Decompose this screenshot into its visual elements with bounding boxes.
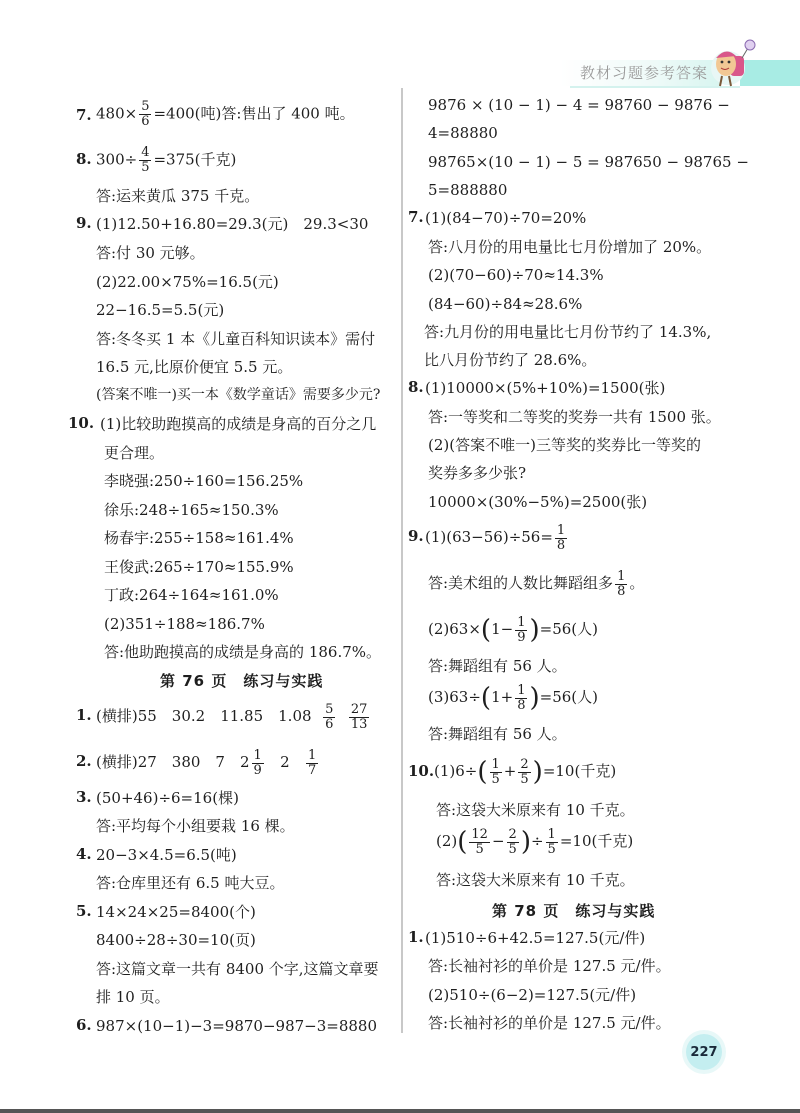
- text-line: (答案不唯一)买一本《数学童话》需要多少元?: [96, 385, 380, 405]
- text-line: (84−60)÷84≈28.6%: [428, 294, 582, 314]
- question-number: 9.: [76, 214, 92, 232]
- question-number: 1.: [408, 928, 424, 946]
- text-line: 8400÷28÷30=10(页): [96, 930, 256, 950]
- text-line: 排 10 页。: [96, 987, 170, 1007]
- fraction: 19: [252, 749, 264, 778]
- text-line: 比八月份节约了 28.6%。: [424, 350, 596, 370]
- q7-equation: 480×56=400(吨)答:售出了 400 吨。: [96, 100, 355, 129]
- text-line: 答:舞蹈组有 56 人。: [428, 724, 567, 744]
- text-line: 20−3×4.5=6.5(吨): [96, 845, 237, 865]
- text-line: (2)(答案不唯一)三等奖的奖券比一等奖的: [428, 435, 701, 455]
- text-line: 答:这袋大米原来有 10 千克。: [436, 800, 635, 820]
- q10-line-3: (2)(125−25)÷15=10(千克): [436, 824, 633, 858]
- text-line: 22−16.5=5.5(元): [96, 300, 224, 320]
- text-line: (2)22.00×75%=16.5(元): [96, 272, 279, 292]
- question-number: 8.: [76, 150, 92, 168]
- fraction: 18: [515, 684, 527, 713]
- fraction: 25: [507, 828, 519, 857]
- page-number-badge: 227: [686, 1034, 722, 1070]
- q9-line-1: (1)(63−56)÷56=18: [425, 520, 569, 554]
- text-line: 答:付 30 元够。: [96, 243, 205, 263]
- fraction: 56: [323, 703, 335, 732]
- q9-line-3: (2)63×(1−19)=56(人): [428, 612, 598, 646]
- text-line: (1)510÷6+42.5=127.5(元/件): [425, 928, 645, 948]
- question-number: 8.: [408, 378, 424, 396]
- text-line: 答:仓库里还有 6.5 吨大豆。: [96, 873, 284, 893]
- fraction: 19: [515, 616, 527, 645]
- text-line: 答:冬冬买 1 本《儿童百科知识读本》需付: [96, 329, 375, 349]
- mascot-icon: [706, 38, 756, 90]
- text-line: 5=888880: [428, 180, 507, 200]
- text-line: 答:这袋大米原来有 10 千克。: [436, 870, 635, 890]
- question-number: 2.: [76, 752, 92, 770]
- text-line: 16.5 元,比原价便宜 5.5 元。: [96, 357, 292, 377]
- fraction: 17: [306, 749, 318, 778]
- p76-q1-answers: (横排)55 30.2 11.85 1.08 56 2713: [96, 700, 371, 732]
- q9-line-2: 答:美术组的人数比舞蹈组多18。: [428, 566, 644, 600]
- section-title-page-78: 第 78 页 练习与实践: [492, 900, 655, 921]
- text-line: 更合理。: [104, 443, 164, 463]
- text-line: 9876 × (10 − 1) − 4 = 98760 − 9876 −: [428, 95, 730, 115]
- text-line: (2)(70−60)÷70≈14.3%: [428, 265, 604, 285]
- text-line: 答:八月份的用电量比七月份增加了 20%。: [428, 237, 711, 257]
- text-line: 王俊武:265÷170≈155.9%: [104, 557, 294, 577]
- p76-q2-answers: (横排)27 380 7 219 2 17: [96, 746, 320, 778]
- question-number: 4.: [76, 845, 92, 863]
- text-line: (50+46)÷6=16(棵): [96, 788, 239, 808]
- section-title-page-76: 第 76 页 练习与实践: [160, 670, 323, 691]
- text-line: (2)510÷(6−2)=127.5(元/件): [428, 985, 636, 1005]
- q9-line-5: (3)63÷(1+18)=56(人): [428, 680, 598, 714]
- column-divider: [401, 88, 403, 1033]
- page-header: 教材习题参考答案: [0, 0, 800, 90]
- text-line: 奖券多多少张?: [428, 463, 526, 483]
- fraction: 15: [546, 828, 558, 857]
- text-line: (1)10000×(5%+10%)=1500(张): [425, 378, 665, 398]
- text-line: (2)351÷188≈186.7%: [104, 614, 265, 634]
- text-line: 徐乐:248÷165≈150.3%: [104, 500, 279, 520]
- q10-line-1: (1)6÷(15+25)=10(千克): [434, 754, 616, 788]
- question-number: 1.: [76, 706, 92, 724]
- text-line: 答:他助跑摸高的成绩是身高的 186.7%。: [104, 642, 381, 662]
- fraction: 15: [490, 758, 502, 787]
- text-line: 丁政:264÷164≈161.0%: [104, 585, 279, 605]
- question-number: 9.: [408, 527, 424, 545]
- text-line: 答:长袖衬衫的单价是 127.5 元/件。: [428, 1013, 671, 1033]
- question-number: 7.: [76, 106, 92, 124]
- text-line: 14×24×25=8400(个): [96, 902, 256, 922]
- text-line: 987×(10−1)−3=9870−987−3=8880: [96, 1016, 377, 1036]
- text-line: 4=88880: [428, 123, 498, 143]
- question-number: 10.: [408, 762, 434, 780]
- text-line: (1)比较助跑摸高的成绩是身高的百分之几: [100, 414, 376, 434]
- text-line: 答:九月份的用电量比七月份节约了 14.3%,: [424, 322, 711, 342]
- bottom-edge: [0, 1109, 800, 1113]
- text-line: 答:这篇文章一共有 8400 个字,这篇文章要: [96, 959, 379, 979]
- text-line: 答:长袖衬衫的单价是 127.5 元/件。: [428, 956, 671, 976]
- fraction: 45: [139, 146, 151, 175]
- question-number: 3.: [76, 788, 92, 806]
- question-number: 6.: [76, 1016, 92, 1034]
- text-line: (1)12.50+16.80=29.3(元) 29.3<30: [96, 214, 368, 234]
- question-number: 10.: [68, 414, 94, 432]
- text-line: 答:平均每个小组要栽 16 棵。: [96, 816, 295, 836]
- fraction: 56: [139, 100, 151, 129]
- q8-equation: 300÷45=375(千克): [96, 146, 236, 175]
- header-title: 教材习题参考答案: [580, 62, 708, 83]
- text-line: 98765×(10 − 1) − 5 = 987650 − 98765 −: [428, 152, 749, 172]
- question-number: 5.: [76, 902, 92, 920]
- fraction: 125: [469, 828, 490, 857]
- text-line: 李晓强:250÷160=156.25%: [104, 471, 303, 491]
- text-line: 杨春宇:255÷158≈161.4%: [104, 528, 294, 548]
- text-line: 10000×(30%−5%)=2500(张): [428, 492, 647, 512]
- fraction: 18: [555, 524, 567, 553]
- text-line: (1)(84−70)÷70=20%: [425, 208, 586, 228]
- text-line: 答:舞蹈组有 56 人。: [428, 656, 567, 676]
- fraction: 2713: [349, 703, 370, 732]
- text-line: 答:一等奖和二等奖的奖券一共有 1500 张。: [428, 407, 721, 427]
- fraction: 18: [615, 570, 627, 599]
- fraction: 25: [518, 758, 530, 787]
- question-number: 7.: [408, 208, 424, 226]
- q8-answer: 答:运来黄瓜 375 千克。: [96, 186, 259, 206]
